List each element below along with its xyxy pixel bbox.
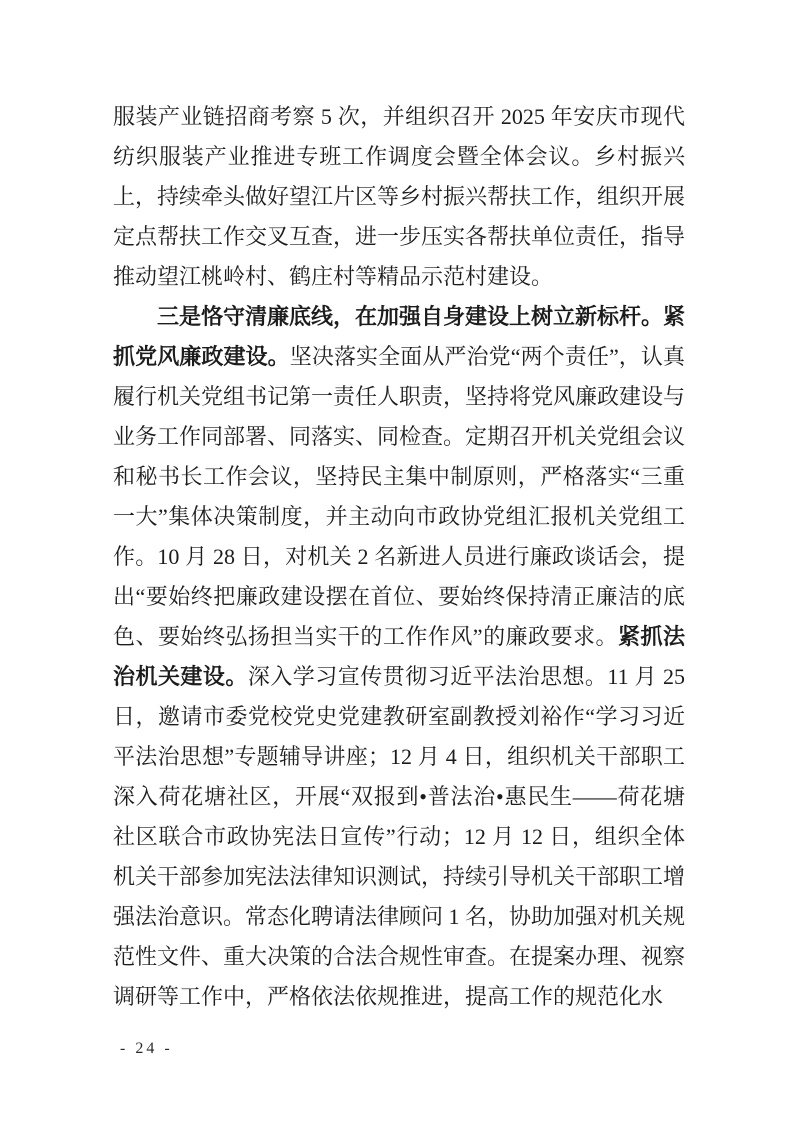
document-page: 服装产业链招商考察 5 次，并组织召开 2025 年安庆市现代纺织服装产业推进专… [0,0,793,1122]
paragraph: 三是恪守清廉底线，在加强自身建设上树立新标杆。紧抓党风廉政建设。坚决落实全面从严… [113,297,685,1017]
document-body: 服装产业链招商考察 5 次，并组织召开 2025 年安庆市现代纺织服装产业推进专… [113,97,685,1017]
text-run: 坚决落实全面从严治党“两个责任”，认真履行机关党组书记第一责任人职责，坚持将党风… [113,344,685,649]
paragraph: 服装产业链招商考察 5 次，并组织召开 2025 年安庆市现代纺织服装产业推进专… [113,97,685,297]
page-number: - 24 - [120,1038,173,1060]
text-run: 深入学习宣传贯彻习近平法治思想。11 月 25 日，邀请市委党校党史党建教研室副… [113,664,685,1009]
text-run: 服装产业链招商考察 5 次，并组织召开 2025 年安庆市现代纺织服装产业推进专… [113,104,685,289]
